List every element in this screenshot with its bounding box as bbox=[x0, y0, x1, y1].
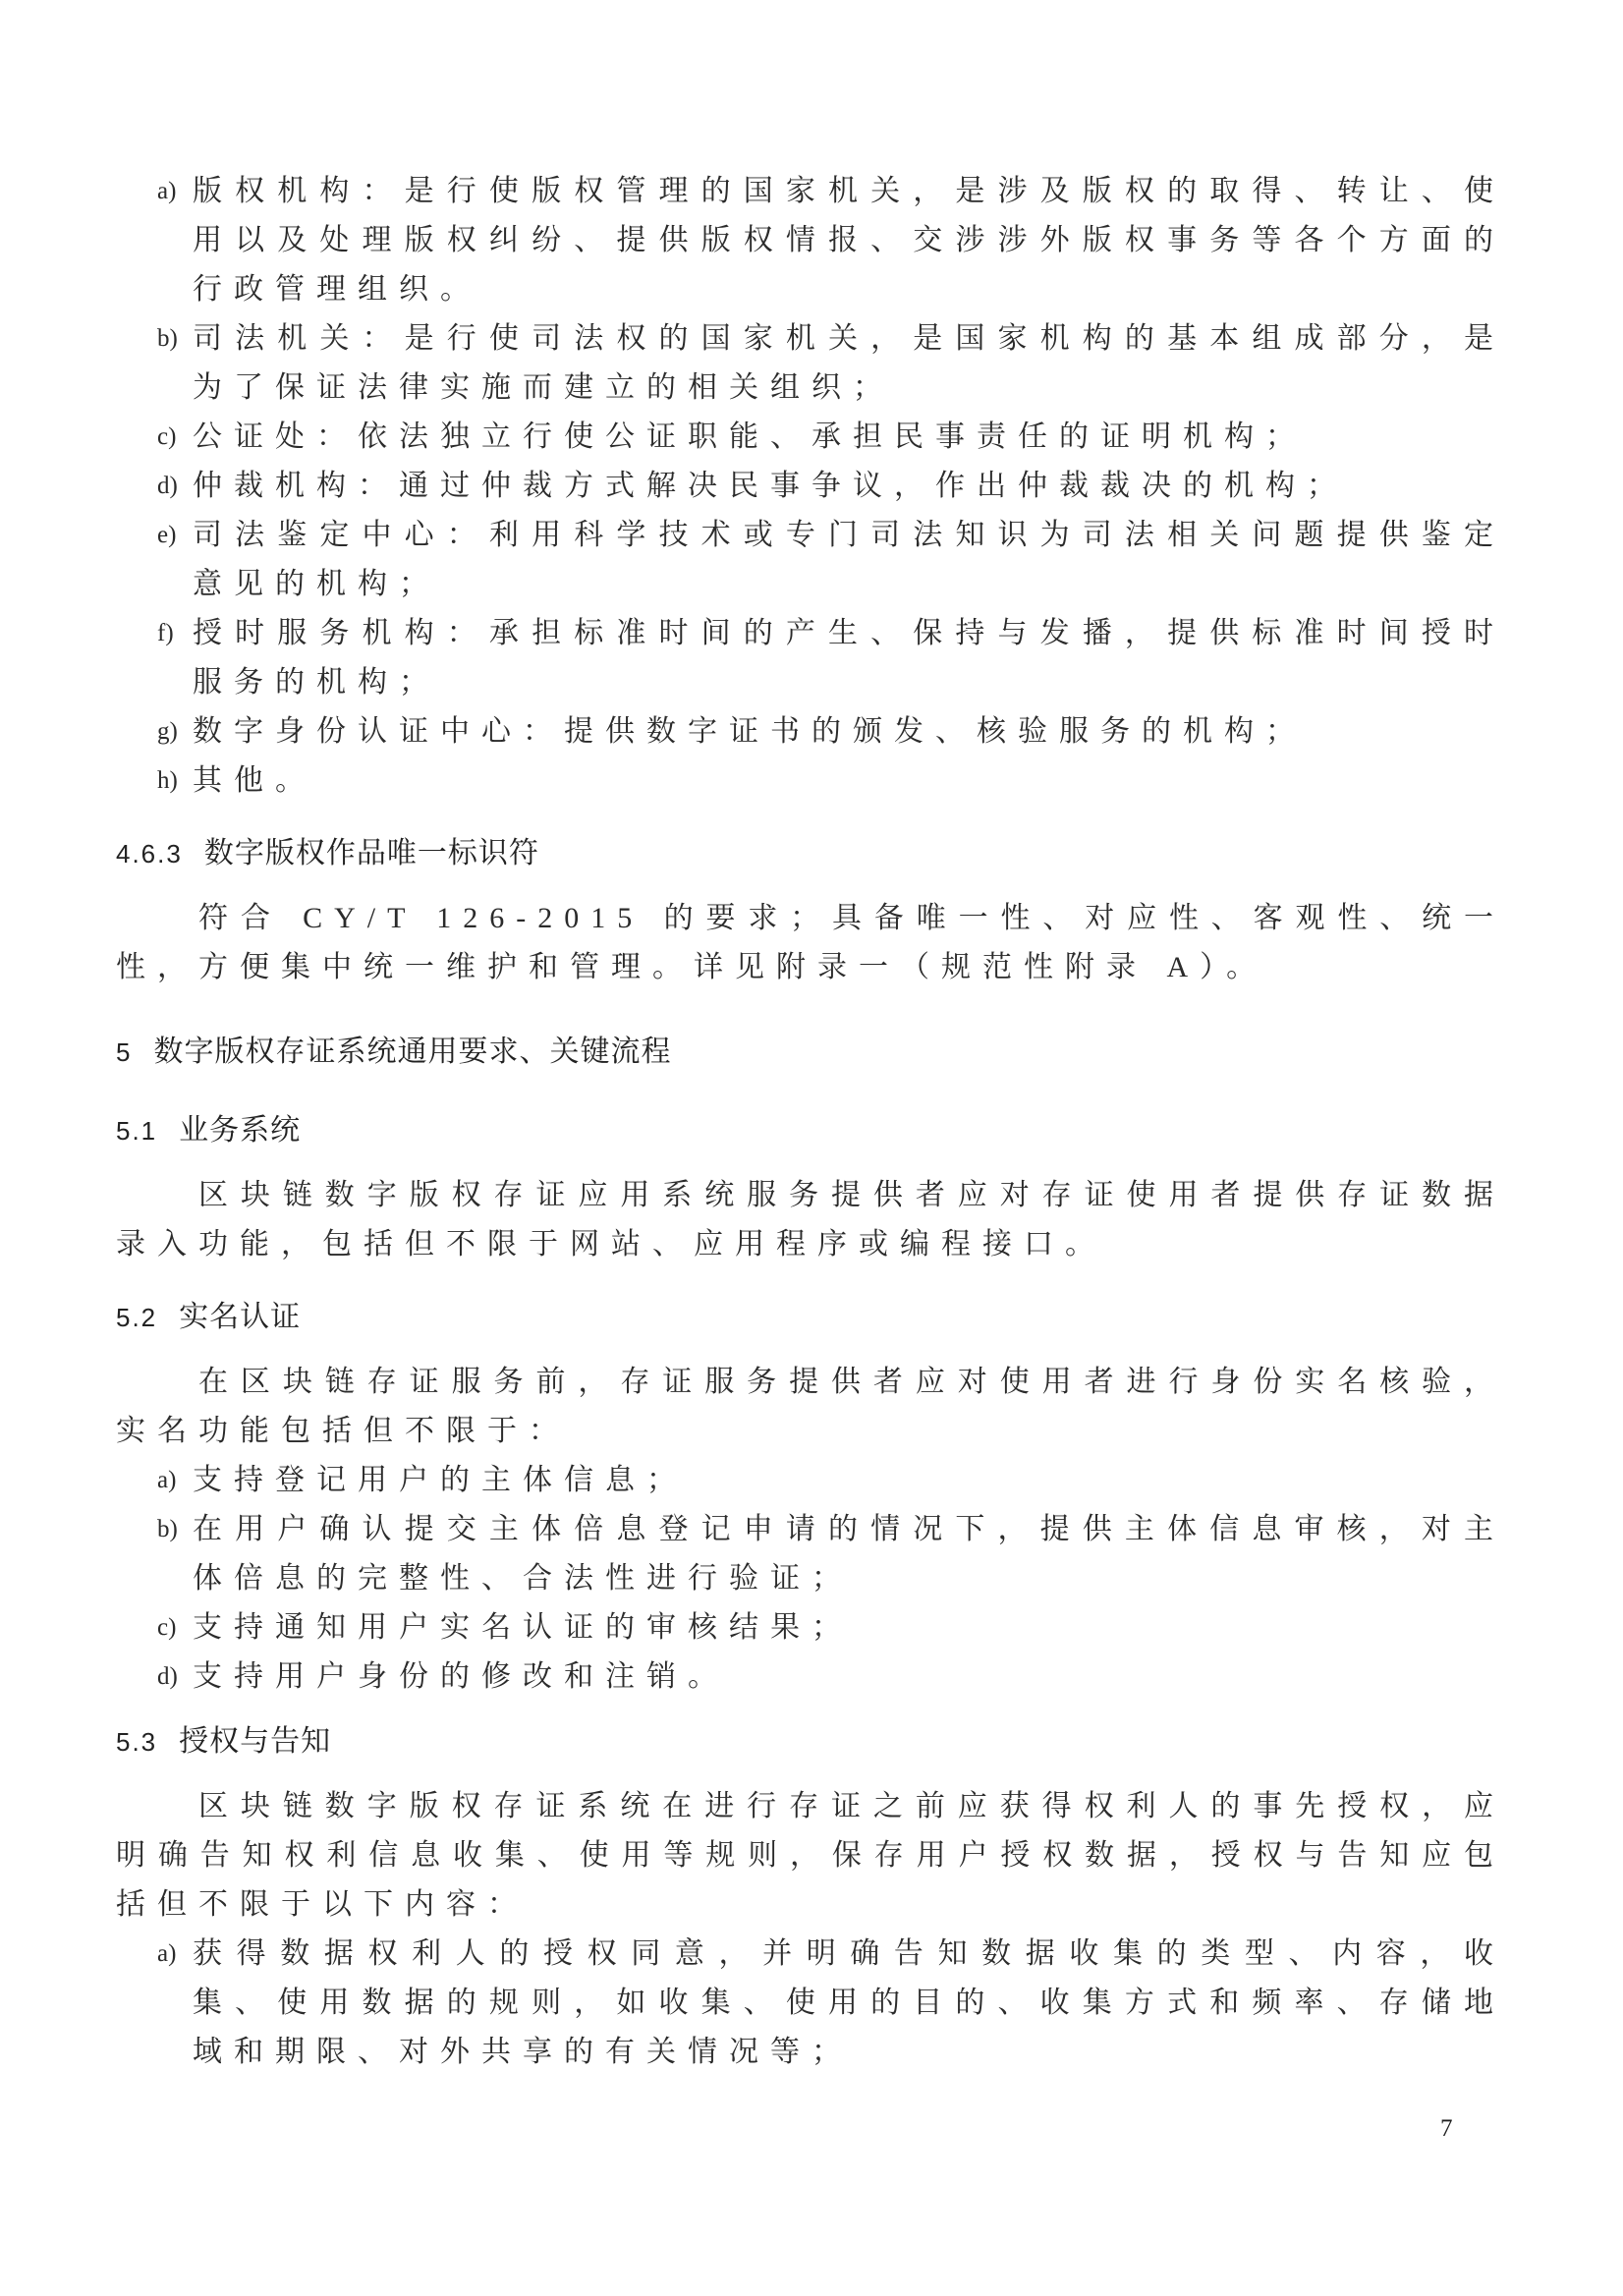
heading-title: 实名认证 bbox=[179, 1301, 301, 1333]
heading-title: 授权与告知 bbox=[179, 1725, 331, 1758]
paragraph-5-1: 区块链数字版权存证应用系统服务提供者应对存证使用者提供存证数据录入功能，包括但不… bbox=[116, 1171, 1505, 1269]
heading-title: 数字版权作品唯一标识符 bbox=[204, 837, 539, 869]
list-item-text: 公证处：依法独立行使公证职能、承担民事责任的证明机构； bbox=[193, 413, 1505, 462]
heading-number: 5.2 bbox=[116, 1303, 157, 1332]
list-item-text: 仲裁机构：通过仲裁方式解决民事争议，作出仲裁裁决的机构； bbox=[193, 462, 1505, 511]
page-number: 7 bbox=[1440, 2114, 1453, 2144]
list-item-label: d) bbox=[157, 462, 193, 511]
list-item-a: a) 支持登记用户的主体信息； bbox=[116, 1456, 1505, 1505]
list-item-a: a) 获得数据权利人的授权同意，并明确告知数据收集的类型、内容，收集、使用数据的… bbox=[116, 1930, 1505, 2077]
heading-title: 业务系统 bbox=[179, 1114, 301, 1147]
document-page: a) 版权机构：是行使版权管理的国家机关，是涉及版权的取得、转让、使用以及处理版… bbox=[0, 0, 1623, 2296]
list-item-g: g) 数字身份认证中心：提供数字证书的颁发、核验服务的机构； bbox=[116, 707, 1505, 756]
list-item-label: h) bbox=[157, 756, 193, 806]
list-item-text: 司法鉴定中心：利用科学技术或专门司法知识为司法相关问题提供鉴定意见的机构； bbox=[193, 511, 1505, 609]
list-item-label: a) bbox=[157, 1456, 193, 1505]
list-item-label: e) bbox=[157, 511, 193, 560]
list-item-text: 在用户确认提交主体倍息登记申请的情况下，提供主体信息审核，对主体倍息的完整性、合… bbox=[193, 1505, 1505, 1603]
list-item-text: 版权机构：是行使版权管理的国家机关，是涉及版权的取得、转让、使用以及处理版权纠纷… bbox=[193, 167, 1505, 314]
heading-number: 5 bbox=[116, 1037, 132, 1067]
list-item-text: 司法机关：是行使司法权的国家机关，是国家机构的基本组成部分，是为了保证法律实施而… bbox=[193, 314, 1505, 413]
page-content: a) 版权机构：是行使版权管理的国家机关，是涉及版权的取得、转让、使用以及处理版… bbox=[116, 167, 1505, 2077]
list-item-h: h) 其他。 bbox=[116, 756, 1505, 806]
list-item-f: f) 授时服务机构：承担标准时间的产生、保持与发播，提供标准时间授时服务的机构； bbox=[116, 609, 1505, 707]
heading-5: 5数字版权存证系统通用要求、关键流程 bbox=[116, 1028, 1505, 1077]
certification-bodies-list: a) 版权机构：是行使版权管理的国家机关，是涉及版权的取得、转让、使用以及处理版… bbox=[116, 167, 1505, 806]
heading-number: 5.1 bbox=[116, 1116, 157, 1146]
list-item-label: c) bbox=[157, 413, 193, 462]
heading-title: 数字版权存证系统通用要求、关键流程 bbox=[153, 1036, 671, 1068]
paragraph-5-3: 区块链数字版权存证系统在进行存证之前应获得权利人的事先授权，应明确告知权利信息收… bbox=[116, 1782, 1505, 1930]
list-item-text: 支持用户身份的修改和注销。 bbox=[193, 1652, 1505, 1702]
paragraph-4-6-3: 符合 CY/T 126-2015 的要求；具备唯一性、对应性、客观性、统一性，方… bbox=[116, 894, 1505, 992]
list-item-label: a) bbox=[157, 167, 193, 216]
list-item-label: f) bbox=[157, 609, 193, 658]
list-item-d: d) 仲裁机构：通过仲裁方式解决民事争议，作出仲裁裁决的机构； bbox=[116, 462, 1505, 511]
heading-5-1: 5.1业务系统 bbox=[116, 1106, 1505, 1155]
list-item-label: b) bbox=[157, 1505, 193, 1554]
list-item-label: b) bbox=[157, 314, 193, 364]
paragraph-5-2: 在区块链存证服务前，存证服务提供者应对使用者进行身份实名核验，实名功能包括但不限… bbox=[116, 1358, 1505, 1456]
heading-number: 5.3 bbox=[116, 1727, 157, 1757]
list-item-b: b) 在用户确认提交主体倍息登记申请的情况下，提供主体信息审核，对主体倍息的完整… bbox=[116, 1505, 1505, 1603]
heading-4-6-3: 4.6.3数字版权作品唯一标识符 bbox=[116, 829, 1505, 878]
list-item-c: c) 公证处：依法独立行使公证职能、承担民事责任的证明机构； bbox=[116, 413, 1505, 462]
list-item-text: 获得数据权利人的授权同意，并明确告知数据收集的类型、内容，收集、使用数据的规则，… bbox=[193, 1930, 1505, 2077]
list-item-b: b) 司法机关：是行使司法权的国家机关，是国家机构的基本组成部分，是为了保证法律… bbox=[116, 314, 1505, 413]
list-item-text: 授时服务机构：承担标准时间的产生、保持与发播，提供标准时间授时服务的机构； bbox=[193, 609, 1505, 707]
heading-number: 4.6.3 bbox=[116, 839, 183, 868]
list-item-label: d) bbox=[157, 1652, 193, 1702]
list-item-text: 数字身份认证中心：提供数字证书的颁发、核验服务的机构； bbox=[193, 707, 1505, 756]
list-item-c: c) 支持通知用户实名认证的审核结果； bbox=[116, 1603, 1505, 1652]
list-item-label: c) bbox=[157, 1603, 193, 1652]
list-item-label: g) bbox=[157, 707, 193, 756]
list-item-a: a) 版权机构：是行使版权管理的国家机关，是涉及版权的取得、转让、使用以及处理版… bbox=[116, 167, 1505, 314]
list-item-e: e) 司法鉴定中心：利用科学技术或专门司法知识为司法相关问题提供鉴定意见的机构； bbox=[116, 511, 1505, 609]
list-item-text: 其他。 bbox=[193, 756, 1505, 806]
heading-5-3: 5.3授权与告知 bbox=[116, 1717, 1505, 1766]
list-item-text: 支持通知用户实名认证的审核结果； bbox=[193, 1603, 1505, 1652]
list-item-d: d) 支持用户身份的修改和注销。 bbox=[116, 1652, 1505, 1702]
heading-5-2: 5.2实名认证 bbox=[116, 1293, 1505, 1342]
list-item-text: 支持登记用户的主体信息； bbox=[193, 1456, 1505, 1505]
authorization-notice-list: a) 获得数据权利人的授权同意，并明确告知数据收集的类型、内容，收集、使用数据的… bbox=[116, 1930, 1505, 2077]
real-name-functions-list: a) 支持登记用户的主体信息； b) 在用户确认提交主体倍息登记申请的情况下，提… bbox=[116, 1456, 1505, 1702]
list-item-label: a) bbox=[157, 1930, 193, 1979]
